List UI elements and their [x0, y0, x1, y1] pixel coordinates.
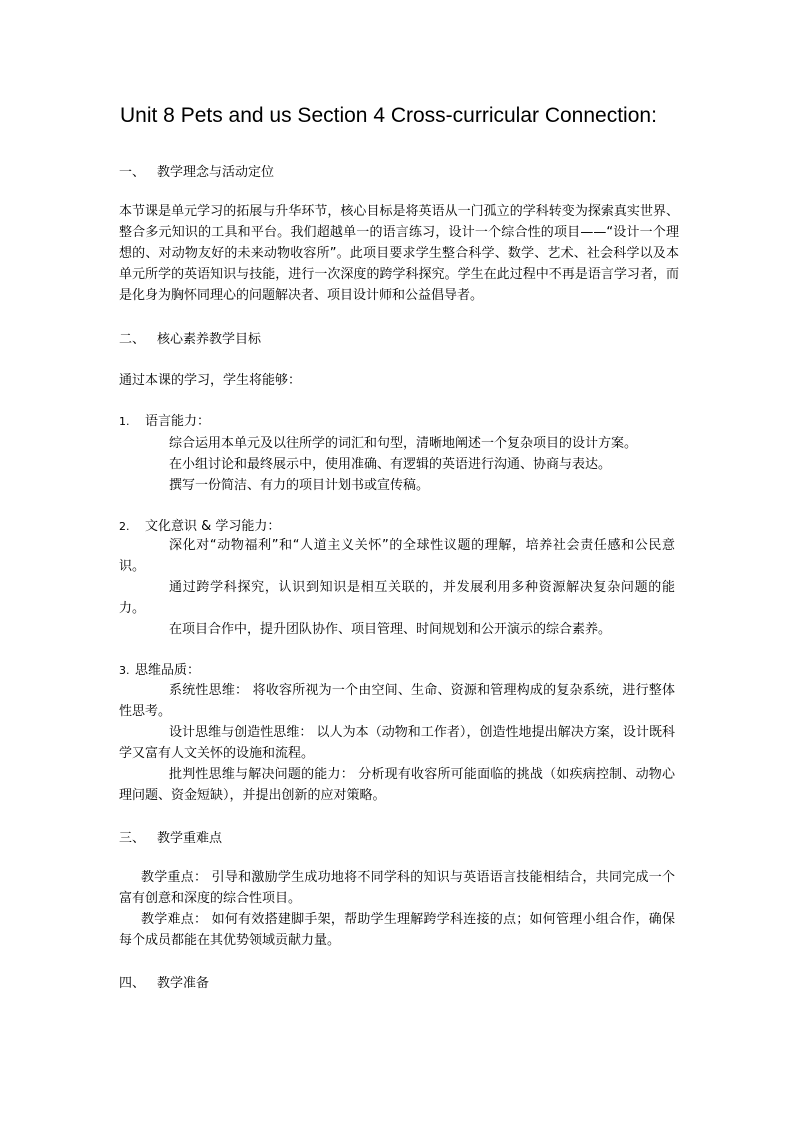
section-heading-4: 四、教学准备	[119, 972, 209, 991]
section-number: 三、	[119, 827, 157, 846]
objective-point: 综合运用本单元及以往所学的词汇和句型，清晰地阐述一个复杂项目的设计方案。	[169, 432, 637, 451]
list-label: 文化意识 & 学习能力：	[145, 519, 280, 534]
section-title: 教学准备	[157, 976, 209, 991]
list-number: 2.	[119, 520, 145, 533]
section-number: 二、	[119, 328, 157, 347]
section-number: 一、	[119, 161, 157, 180]
objective-point: 在项目合作中，提升团队协作、项目管理、时间规划和公开演示的综合素养。	[119, 619, 675, 640]
objective-point: 设计思维与创造性思维： 以人为本（动物和工作者），创造性地提出解决方案，设计既科…	[119, 722, 675, 764]
difficult-point: 教学难点： 如何有效搭建脚手架，帮助学生理解跨学科连接的点；如何管理小组合作，确…	[119, 909, 675, 951]
document-page: Unit 8 Pets and us Section 4 Cross-curri…	[0, 0, 794, 1123]
section-heading-1: 一、教学理念与活动定位	[119, 161, 274, 180]
document-title: Unit 8 Pets and us Section 4 Cross-curri…	[120, 104, 720, 128]
objective-point: 撰写一份简洁、有力的项目计划书或宣传稿。	[169, 474, 429, 493]
section-heading-2: 二、核心素养教学目标	[119, 328, 261, 347]
list-label: 思维品质：	[135, 663, 200, 678]
objective-item-1-label: 1.语言能力：	[119, 410, 210, 429]
objective-item-2-label: 2.文化意识 & 学习能力：	[119, 515, 280, 534]
objective-point: 通过跨学科探究，认识到知识是相互关联的，并发展利用多种资源解决复杂问题的能力。	[119, 577, 675, 619]
objective-point: 深化对“动物福利”和“人道主义关怀”的全球性议题的理解，培养社会责任感和公民意识…	[119, 535, 675, 577]
objective-point: 系统性思维： 将收容所视为一个由空间、生命、资源和管理构成的复杂系统，进行整体性…	[119, 680, 675, 722]
section-number: 四、	[119, 972, 157, 991]
objective-point: 批判性思维与解决问题的能力： 分析现有收容所可能面临的挑战（如疾病控制、动物心理…	[119, 764, 675, 806]
section-heading-3: 三、教学重难点	[119, 827, 222, 846]
list-label: 语言能力：	[145, 414, 210, 429]
key-point: 教学重点： 引导和激励学生成功地将不同学科的知识与英语语言技能相结合，共同完成一…	[119, 867, 675, 909]
section-1-paragraph: 本节课是单元学习的拓展与升华环节，核心目标是将英语从一门孤立的学科转变为探索真实…	[119, 201, 679, 306]
section-title: 核心素养教学目标	[157, 332, 261, 347]
list-number: 3.	[119, 664, 135, 677]
objective-item-3-label: 3.思维品质：	[119, 659, 200, 678]
objectives-intro: 通过本课的学习，学生将能够：	[119, 369, 301, 388]
section-title: 教学理念与活动定位	[157, 165, 274, 180]
section-title: 教学重难点	[157, 831, 222, 846]
objective-point: 在小组讨论和最终展示中，使用准确、有逻辑的英语进行沟通、协商与表达。	[169, 453, 611, 472]
list-number: 1.	[119, 415, 145, 428]
